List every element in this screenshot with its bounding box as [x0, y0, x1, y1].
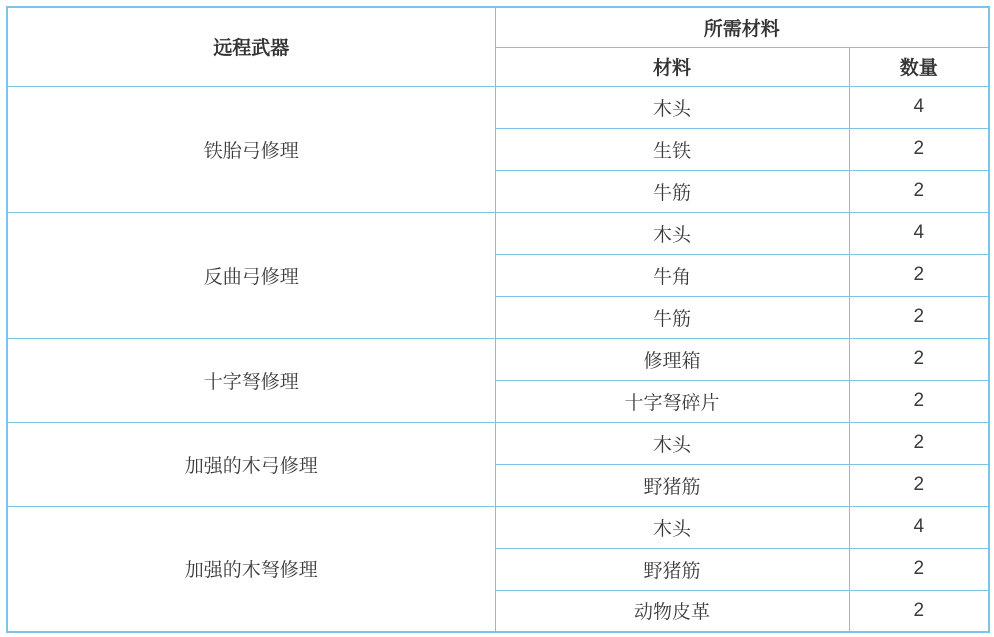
weapon-name-cell: 铁胎弓修理	[7, 86, 495, 212]
material-name-cell: 木头	[495, 212, 849, 254]
table-body: 铁胎弓修理木头4生铁2牛筋2反曲弓修理木头4牛角2牛筋2十字弩修理修理箱2十字弩…	[7, 86, 989, 632]
table-header: 远程武器 所需材料 材料 数量	[7, 7, 989, 86]
material-name-cell: 木头	[495, 422, 849, 464]
material-row: 十字弩修理修理箱2	[7, 338, 989, 380]
material-row: 加强的木弩修理木头4	[7, 506, 989, 548]
header-row-top: 远程武器 所需材料	[7, 7, 989, 47]
material-quantity-cell: 2	[849, 464, 989, 506]
material-quantity-cell: 4	[849, 212, 989, 254]
weapon-name-cell: 十字弩修理	[7, 338, 495, 422]
material-name-cell: 野猪筋	[495, 548, 849, 590]
material-quantity-cell: 4	[849, 506, 989, 548]
material-row: 反曲弓修理木头4	[7, 212, 989, 254]
material-name-cell: 生铁	[495, 128, 849, 170]
weapon-name-cell: 加强的木弩修理	[7, 506, 495, 632]
material-quantity-cell: 2	[849, 254, 989, 296]
header-ranged-weapon: 远程武器	[7, 7, 495, 86]
page: 远程武器 所需材料 材料 数量 铁胎弓修理木头4生铁2牛筋2反曲弓修理木头4牛角…	[0, 0, 994, 637]
material-name-cell: 野猪筋	[495, 464, 849, 506]
material-name-cell: 牛角	[495, 254, 849, 296]
material-name-cell: 牛筋	[495, 170, 849, 212]
header-required-materials: 所需材料	[495, 7, 989, 47]
material-name-cell: 木头	[495, 86, 849, 128]
header-material: 材料	[495, 47, 849, 86]
material-name-cell: 修理箱	[495, 338, 849, 380]
material-row: 铁胎弓修理木头4	[7, 86, 989, 128]
material-name-cell: 十字弩碎片	[495, 380, 849, 422]
material-row: 加强的木弓修理木头2	[7, 422, 989, 464]
weapon-name-cell: 反曲弓修理	[7, 212, 495, 338]
material-name-cell: 动物皮革	[495, 590, 849, 632]
material-quantity-cell: 2	[849, 422, 989, 464]
material-quantity-cell: 2	[849, 590, 989, 632]
material-name-cell: 牛筋	[495, 296, 849, 338]
weapon-name-cell: 加强的木弓修理	[7, 422, 495, 506]
material-quantity-cell: 2	[849, 170, 989, 212]
material-quantity-cell: 2	[849, 548, 989, 590]
material-quantity-cell: 2	[849, 128, 989, 170]
material-quantity-cell: 2	[849, 338, 989, 380]
material-name-cell: 木头	[495, 506, 849, 548]
weapon-repair-materials-table: 远程武器 所需材料 材料 数量 铁胎弓修理木头4生铁2牛筋2反曲弓修理木头4牛角…	[6, 6, 990, 633]
material-quantity-cell: 2	[849, 296, 989, 338]
header-quantity: 数量	[849, 47, 989, 86]
material-quantity-cell: 2	[849, 380, 989, 422]
material-quantity-cell: 4	[849, 86, 989, 128]
